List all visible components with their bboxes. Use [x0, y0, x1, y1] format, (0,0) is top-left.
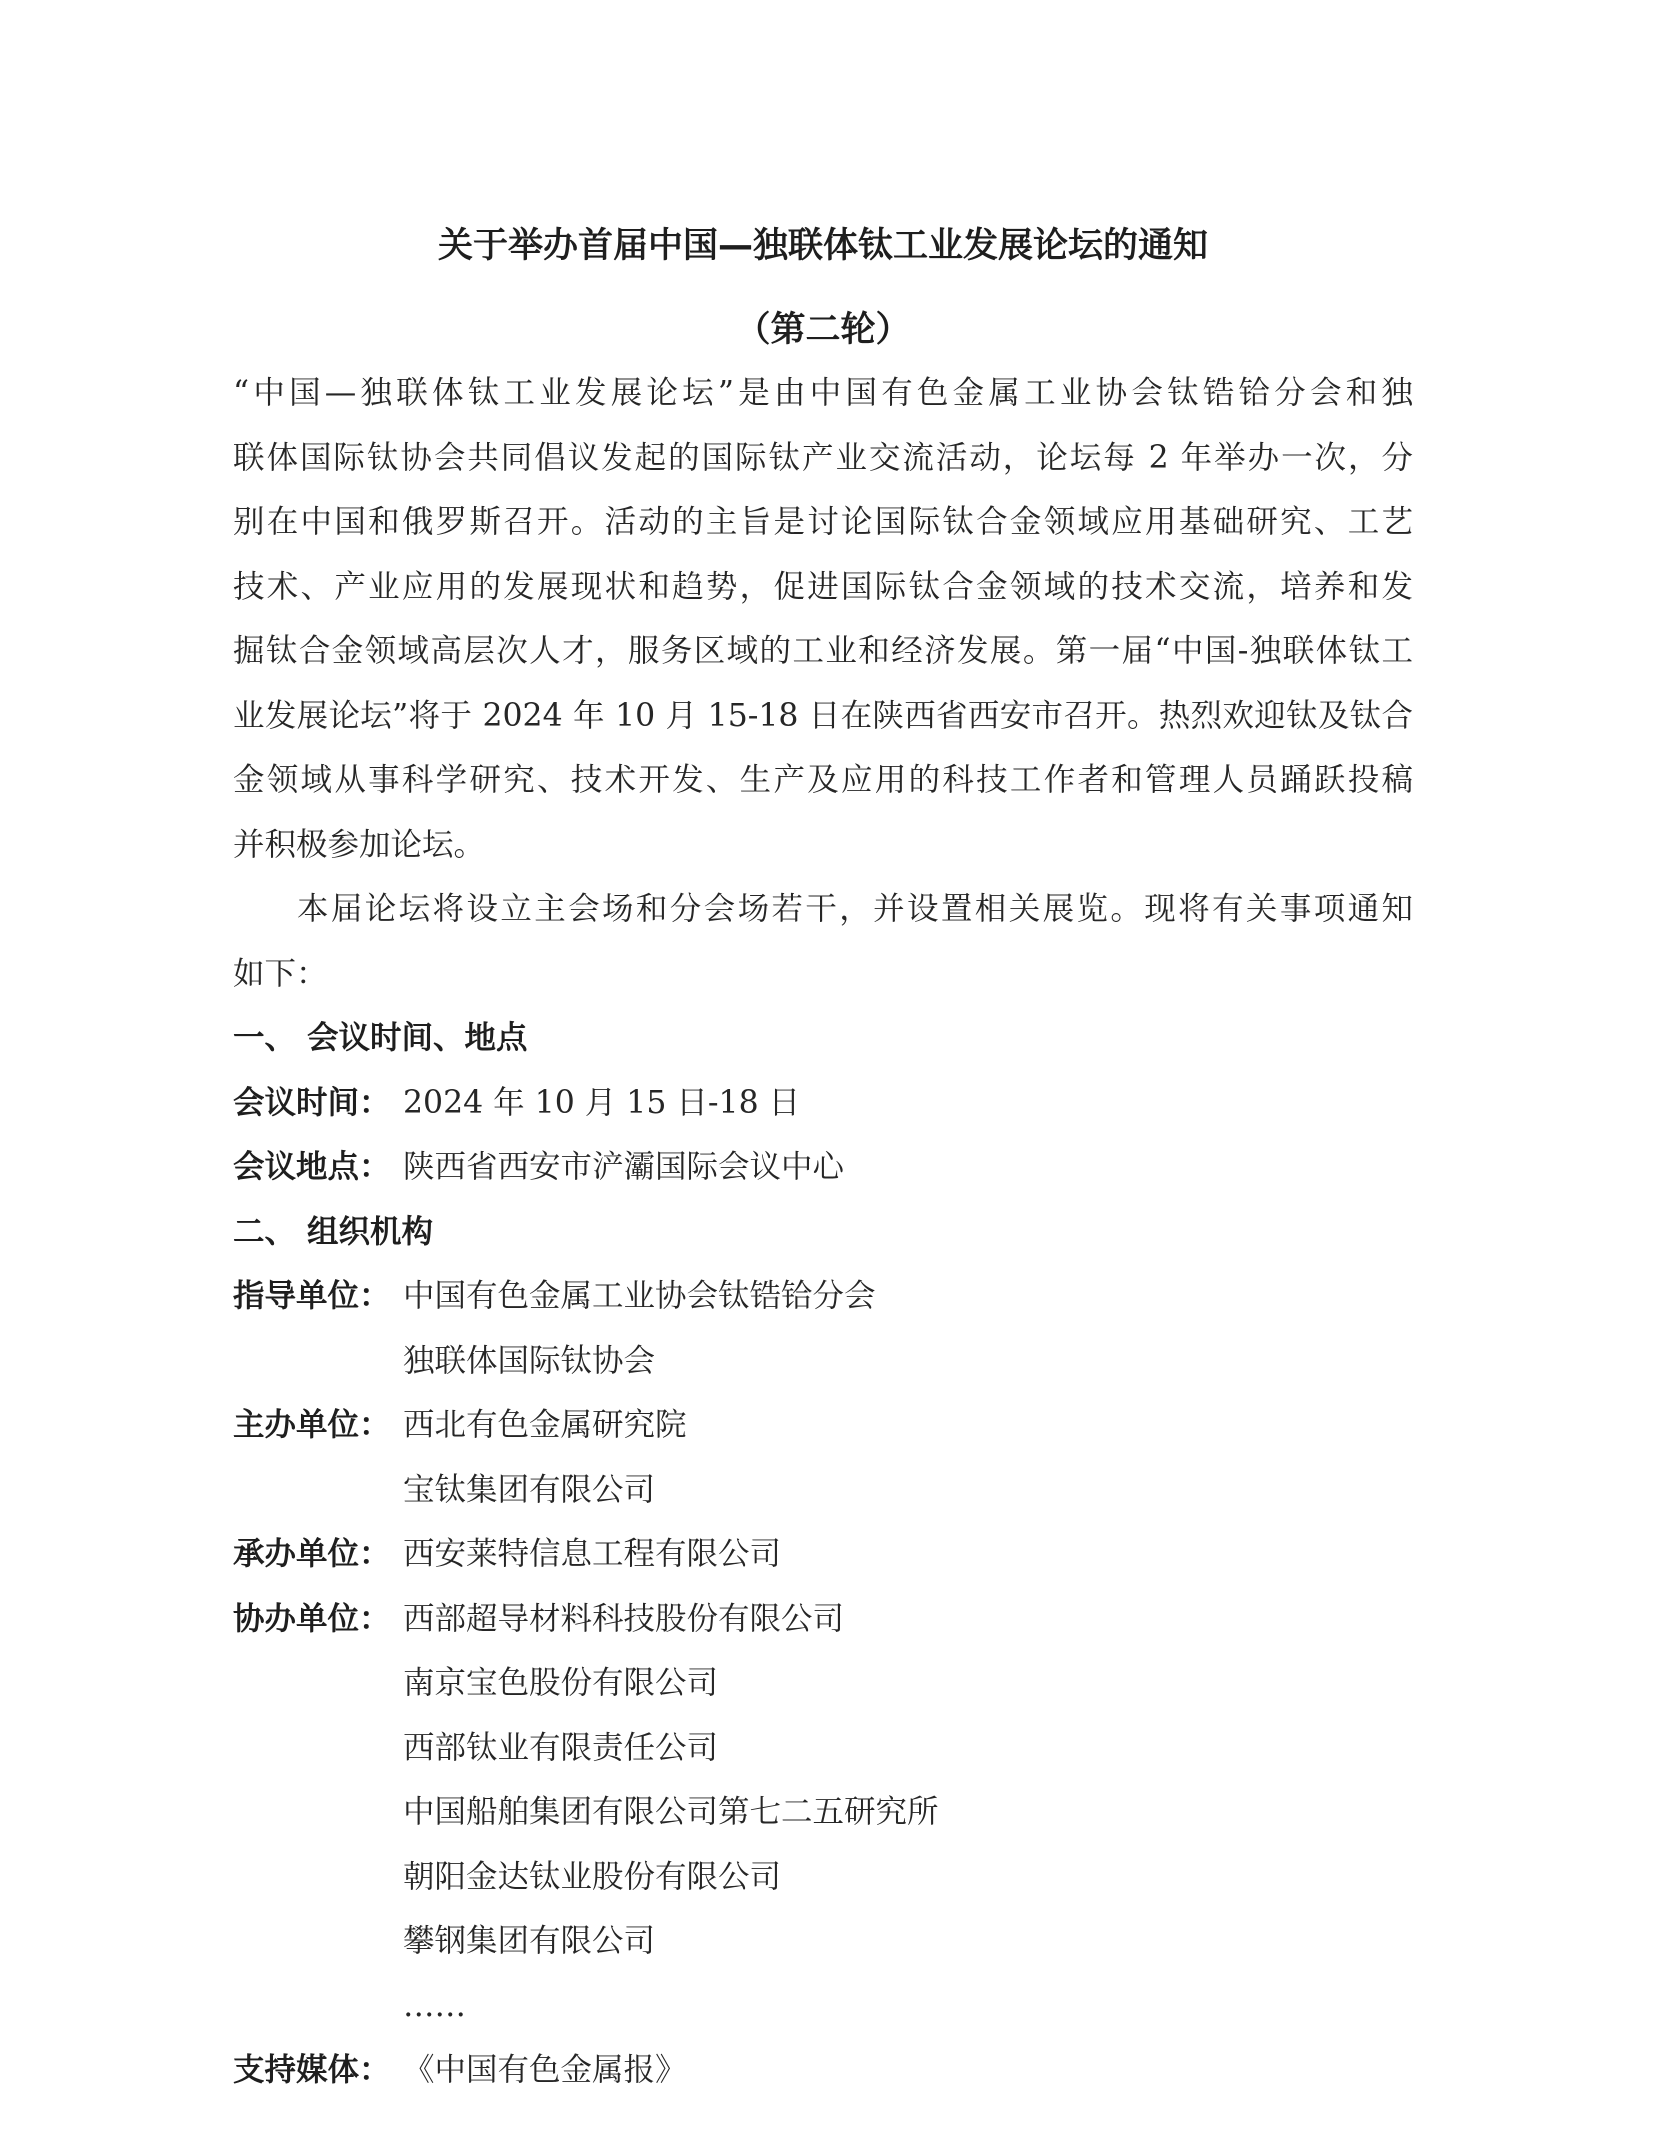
guiding-unit-label: 指导单位：	[233, 1276, 403, 1316]
intro-line-8: 并积极参加论坛。	[233, 825, 485, 865]
intro-line-4: 技术、产业应用的发展现状和趋势，促进国际钛合金领域的技术交流，培养和发	[233, 567, 1413, 607]
meeting-time-label: 会议时间：	[233, 1083, 403, 1123]
media-value: 《中国有色金属报》	[403, 2050, 687, 2090]
co-organizer-unit-1: 西部超导材料科技股份有限公司	[403, 1599, 844, 1639]
intro-line-2: 联体国际钛协会共同倡议发起的国际钛产业交流活动，论坛每 2 年举办一次，分	[233, 438, 1413, 478]
organizer-unit-label: 承办单位：	[233, 1534, 403, 1574]
organizer-unit-1: 西安莱特信息工程有限公司	[403, 1534, 781, 1574]
intro-line-3: 别在中国和俄罗斯召开。活动的主旨是讨论国际钛合金领域应用基础研究、工艺	[233, 502, 1413, 542]
meeting-time-row: 会议时间：2024 年 10 月 15 日-18 日	[233, 1083, 800, 1123]
co-organizer-unit-4: 中国船舶集团有限公司第七二五研究所	[403, 1792, 939, 1832]
intro-line-5: 掘钛合金领域高层次人才，服务区域的工业和经济发展。第一届“中国-独联体钛工	[233, 631, 1413, 671]
intro-line-6: 业发展论坛”将于 2024 年 10 月 15-18 日在陕西省西安市召开。热烈…	[233, 696, 1413, 736]
guiding-unit-2: 独联体国际钛协会	[403, 1341, 655, 1381]
second-para-line-1: 本届论坛将设立主会场和分会场若干，并设置相关展览。现将有关事项通知	[297, 889, 1413, 929]
guiding-unit-1: 中国有色金属工业协会钛锆铪分会	[403, 1276, 876, 1316]
host-unit-2: 宝钛集团有限公司	[403, 1470, 655, 1510]
host-unit-label: 主办单位：	[233, 1405, 403, 1445]
media-row: 支持媒体：《中国有色金属报》	[233, 2050, 687, 2090]
meeting-venue-row: 会议地点：陕西省西安市浐灞国际会议中心	[233, 1147, 844, 1187]
organizer-unit-row: 承办单位：西安莱特信息工程有限公司	[233, 1534, 781, 1574]
co-organizer-ellipsis: ……	[403, 1986, 466, 2026]
intro-line-1: “中国—独联体钛工业发展论坛”是由中国有色金属工业协会钛锆铪分会和独	[233, 373, 1413, 413]
co-organizer-unit-6: 攀钢集团有限公司	[403, 1921, 655, 1961]
co-organizer-unit-2: 南京宝色股份有限公司	[403, 1663, 718, 1703]
co-organizer-unit-row: 协办单位：西部超导材料科技股份有限公司	[233, 1599, 844, 1639]
co-organizer-unit-3: 西部钛业有限责任公司	[403, 1728, 718, 1768]
document-title: 关于举办首届中国—独联体钛工业发展论坛的通知	[233, 218, 1413, 268]
second-para-line-2: 如下：	[233, 954, 328, 994]
section-heading-organization: 二、 组织机构	[233, 1212, 433, 1252]
meeting-venue-value: 陕西省西安市浐灞国际会议中心	[403, 1147, 844, 1187]
meeting-time-value: 2024 年 10 月 15 日-18 日	[403, 1083, 800, 1123]
meeting-venue-label: 会议地点：	[233, 1147, 403, 1187]
media-label: 支持媒体：	[233, 2050, 403, 2090]
co-organizer-unit-5: 朝阳金达钛业股份有限公司	[403, 1857, 781, 1897]
host-unit-row: 主办单位：西北有色金属研究院	[233, 1405, 687, 1445]
host-unit-1: 西北有色金属研究院	[403, 1405, 687, 1445]
guiding-unit-row: 指导单位：中国有色金属工业协会钛锆铪分会	[233, 1276, 876, 1316]
co-organizer-unit-label: 协办单位：	[233, 1599, 403, 1639]
document-subtitle: （第二轮）	[233, 302, 1413, 352]
intro-line-7: 金领域从事科学研究、技术开发、生产及应用的科技工作者和管理人员踊跃投稿	[233, 760, 1413, 800]
section-heading-time-venue: 一、 会议时间、地点	[233, 1018, 527, 1058]
